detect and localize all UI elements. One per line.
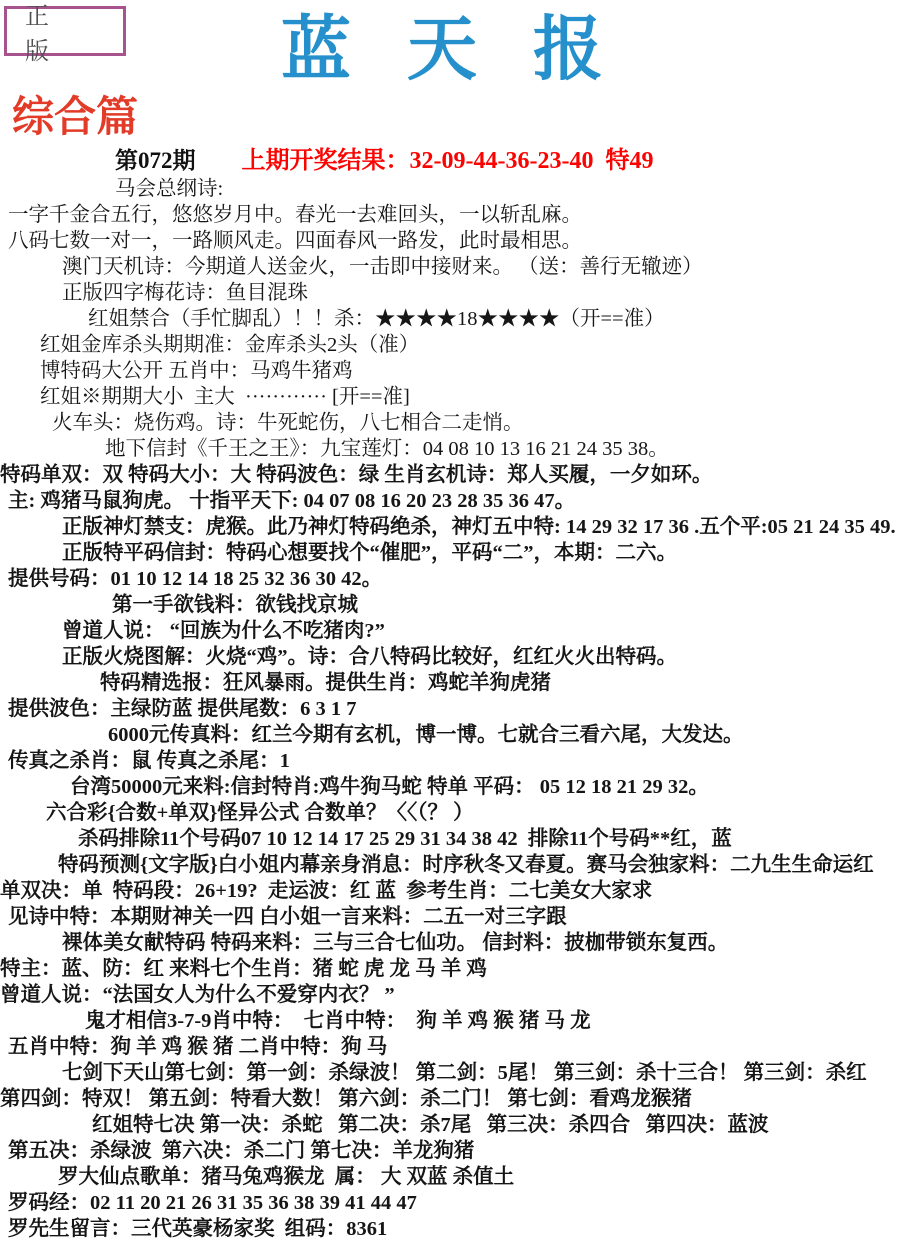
report-line: 红姐特七决 第一决：杀蛇 第二决：杀7尾 第三决：杀四合 第四决：蓝波 (0, 1112, 900, 1138)
report-line: 见诗中特：本期财神关一四 白小姐一言来料：二五一对三字跟 (0, 904, 900, 930)
report-line: 第一手欲钱料：欲钱找京城 (0, 592, 900, 618)
report-line: 特码精选报：狂风暴雨。提供生肖：鸡蛇羊狗虎猪 (0, 670, 900, 696)
report-line: 曾道人说：“法国女人为什么不爱穿内衣？ ” (0, 982, 900, 1008)
report-line: 火车头：烧伤鸡。诗：牛死蛇伤，八七相合二走悄。 (0, 410, 900, 436)
report-line: 提供号码：01 10 12 14 18 25 32 36 30 42。 (0, 566, 900, 592)
report-line: 红姐金库杀头期期准：金库杀头2头（准） (0, 332, 900, 358)
report-line: 八码七数一对一，一路顺风走。四面春风一路发，此时最相思。 (0, 228, 900, 254)
report-line: 六合彩{合数+单双}怪异公式 合数单？〈〈（？ ） (0, 800, 900, 826)
report-line: 正版四字梅花诗：鱼目混珠 (0, 280, 900, 306)
report-line: 裸体美女献特码 特码来料：三与三合七仙功。 信封料：披枷带锁东复西。 (0, 930, 900, 956)
report-line: 正版特平码信封：特码心想要找个“催肥”，平码“二”，本期：二六。 (0, 540, 900, 566)
report-line: 地下信封《千王之王》：九宝莲灯：04 08 10 13 16 21 24 35 … (0, 436, 900, 462)
report-line: 红姐※期期大小 主大 ············ [开==准] (0, 384, 900, 410)
issue-number: 第072期 (115, 142, 196, 175)
report-line: 传真之杀肖：鼠 传真之杀尾：1 (0, 748, 900, 774)
report-line: 七剑下天山第七剑：第一剑：杀绿波！ 第二剑：5尾！ 第三剑：杀十三合！ 第三剑：… (0, 1060, 900, 1086)
section-title: 综合篇 (12, 92, 138, 144)
report-line: 台湾50000元来料:信封特肖:鸡牛狗马蛇 特单 平码： 05 12 18 21… (0, 774, 900, 800)
report-line: 特码预测{文字版}白小姐内幕亲身消息：时序秋冬又春夏。赛马会独家料：二九生生命运… (0, 852, 900, 878)
report-line: 罗先生留言：三代英豪杨家奖 组码：8361 (0, 1216, 900, 1242)
report-line: 鬼才相信3-7-9肖中特： 七肖中特： 狗 羊 鸡 猴 猪 马 龙 (0, 1008, 900, 1034)
last-draw-result: 上期开奖结果：32-09-44-36-23-40 特49 (242, 140, 654, 175)
report-line: 特主：蓝、防：红 来料七个生肖：猪 蛇 虎 龙 马 羊 鸡 (0, 956, 900, 982)
report-line: 马会总纲诗: (0, 176, 900, 202)
report-line: 罗大仙点歌单：猪马兔鸡猴龙 属： 大 双蓝 杀值土 (0, 1164, 900, 1190)
report-line: 博特码大公开 五肖中：马鸡牛猪鸡 (0, 358, 900, 384)
report-body: 马会总纲诗: 一字千金合五行，悠悠岁月中。春光一去难回头，一以斩乱麻。 八码七数… (0, 176, 900, 1242)
report-line: 特码单双：双 特码大小：大 特码波色：绿 生肖玄机诗：郑人买履，一夕如环。 (0, 462, 900, 488)
report-line: 澳门天机诗：今期道人送金火，一击即中接财来。 （送：善行无辙迹） (0, 254, 900, 280)
report-line: 单双决：单 特码段：26+19? 走运波：红 蓝 参考生肖：二七美女大家求 (0, 878, 900, 904)
report-line: 杀码排除11个号码07 10 12 14 17 25 29 31 34 38 4… (0, 826, 900, 852)
report-line: 红姐禁合（手忙脚乱）！！杀：★★★★18★★★★（开==准） (0, 306, 900, 332)
report-line: 五肖中特：狗 羊 鸡 猴 猪 二肖中特：狗 马 (0, 1034, 900, 1060)
report-line: 正版火烧图解：火烧“鸡”。诗：合八特码比较好，红红火火出特码。 (0, 644, 900, 670)
report-line: 第四剑：特双！ 第五剑：特看大数！ 第六剑：杀二门！ 第七剑：看鸡龙猴猪 (0, 1086, 900, 1112)
issue-header: 第072期 上期开奖结果：32-09-44-36-23-40 特49 (115, 140, 653, 175)
report-line: 6000元传真料：红兰今期有玄机，博一博。七就合三看六尾，大发达。 (0, 722, 900, 748)
report-line: 一字千金合五行，悠悠岁月中。春光一去难回头，一以斩乱麻。 (0, 202, 900, 228)
page-title: 蓝天报 (0, 6, 900, 96)
report-line: 曾道人说： “回族为什么不吃猪肉?” (0, 618, 900, 644)
report-line: 主: 鸡猪马鼠狗虎。 十指平天下: 04 07 08 16 20 23 28 3… (0, 488, 900, 514)
report-line: 正版神灯禁支：虎猴。此乃神灯特码绝杀，神灯五中特: 14 29 32 17 36… (0, 514, 900, 540)
lottery-tip-sheet: { "badge": { "label": "正 版" }, "title": … (0, 0, 900, 1243)
report-line: 提供波色：主绿防蓝 提供尾数：6 3 1 7 (0, 696, 900, 722)
report-line: 第五决：杀绿波 第六决：杀二门 第七决：羊龙狗猪 (0, 1138, 900, 1164)
report-line: 罗码经：02 11 20 21 26 31 35 36 38 39 41 44 … (0, 1190, 900, 1216)
